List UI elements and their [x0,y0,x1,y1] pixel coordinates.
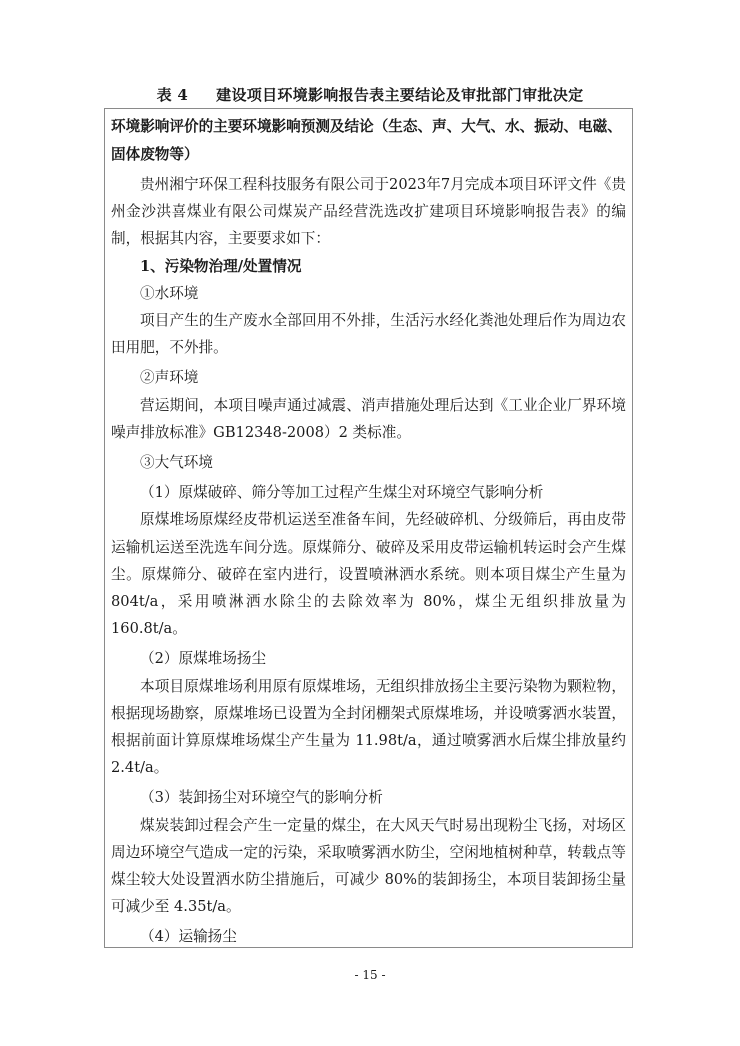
subheading-water-environment: ①水环境 [111,280,626,307]
stockyard-dust-paragraph: 本项目原煤堆场利用原有原煤堆场，无组织排放扬尘主要污染物为颗粒物，根据现场勘察，… [111,673,626,782]
table-number: 表 4 [157,86,189,104]
loading-dust-paragraph: 煤炭装卸过程会产生一定量的煤尘，在大风天气时易出现粉尘飞扬，对场区周边环境空气造… [111,812,626,921]
conclusions-table: 环境影响评价的主要环境影响预测及结论（生态、声、大气、水、振动、电磁、固体废物等… [104,108,633,948]
subheading-crushing-dust: （1）原煤破碎、筛分等加工过程产生煤尘对环境空气影响分析 [111,479,626,506]
subheading-noise-environment: ②声环境 [111,364,626,391]
subheading-loading-dust: （3）装卸扬尘对环境空气的影响分析 [111,784,626,811]
table-header-cell: 环境影响评价的主要环境影响预测及结论（生态、声、大气、水、振动、电磁、固体废物等… [105,109,632,169]
section-heading-pollution-control: 1、污染物治理/处置情况 [111,253,626,280]
crushing-dust-paragraph: 原煤堆场原煤经皮带机运送至准备车间，先经破碎机、分级筛后，再由皮带运输机运送至洗… [111,506,626,642]
table-content: 贵州湘宁环保工程科技服务有限公司于2023年7月完成本项目环评文件《贵州金沙洪喜… [105,171,632,951]
intro-paragraph: 贵州湘宁环保工程科技服务有限公司于2023年7月完成本项目环评文件《贵州金沙洪喜… [111,171,626,253]
water-paragraph: 项目产生的生产废水全部回用不外排，生活污水经化粪池处理后作为周边农田用肥，不外排… [111,307,626,361]
subheading-air-environment: ③大气环境 [111,449,626,476]
subheading-stockyard-dust: （2）原煤堆场扬尘 [111,645,626,672]
page-number: - 15 - [0,968,740,982]
table-title: 建设项目环境影响报告表主要结论及审批部门审批决定 [216,86,583,104]
noise-paragraph: 营运期间，本项目噪声通过减震、消声措施处理后达到《工业企业厂界环境噪声排放标准》… [111,392,626,446]
subheading-transport-dust: （4）运输扬尘 [111,923,626,950]
table-caption: 表 4建设项目环境影响报告表主要结论及审批部门审批决定 [0,84,740,105]
